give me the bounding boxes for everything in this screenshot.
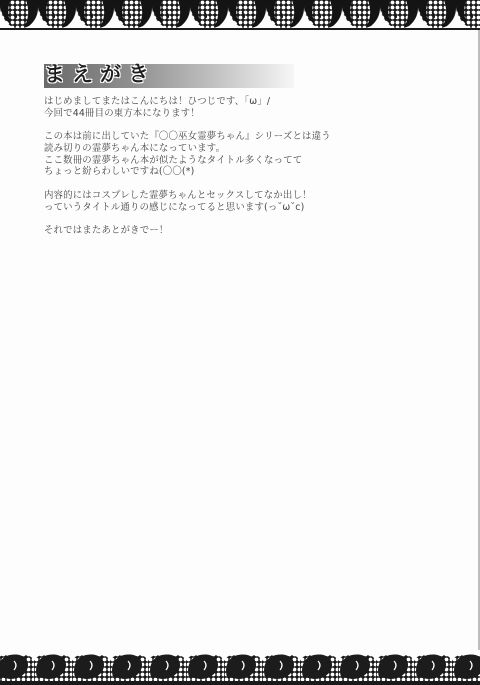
page-title: まえがき (44, 58, 156, 88)
text-line: 読み切りの霊夢ちゃん本になっています。 (44, 143, 444, 155)
text-line: この本は前に出していた『〇〇巫女霊夢ちゃん』シリーズとは違う (44, 131, 444, 143)
paragraph-about-book: この本は前に出していた『〇〇巫女霊夢ちゃん』シリーズとは違う 読み切りの霊夢ちゃ… (44, 131, 444, 178)
lace-border-bottom-icon (0, 647, 480, 685)
paragraph-content: 内容的にはコスプレした霊夢ちゃんとセックスしてなか出し！ っていうタイトル通りの… (44, 190, 444, 214)
text-line: はじめましてまたはこんにちは！ひつじです、「ω」/ (44, 96, 444, 108)
preface-body: はじめましてまたはこんにちは！ひつじです、「ω」/ 今回で44冊目の東方本になり… (44, 96, 444, 248)
text-line: それではまたあとがきでー！ (44, 225, 444, 237)
text-line: っていうタイトル通りの感じになってると思います(っ˘ω˘c) (44, 202, 444, 214)
text-line: 内容的にはコスプレした霊夢ちゃんとセックスしてなか出し！ (44, 190, 444, 202)
paragraph-closing: それではまたあとがきでー！ (44, 225, 444, 237)
text-line: ここ数冊の霊夢ちゃん本が似たようなタイトル多くなってて (44, 155, 444, 167)
paragraph-greeting: はじめましてまたはこんにちは！ひつじです、「ω」/ 今回で44冊目の東方本になり… (44, 96, 444, 120)
text-line: 今回で44冊目の東方本になります！ (44, 108, 444, 120)
text-line: ちょっと紛らわしいですね(〇〇(*) (44, 166, 444, 178)
lace-border-top-icon (0, 0, 480, 30)
